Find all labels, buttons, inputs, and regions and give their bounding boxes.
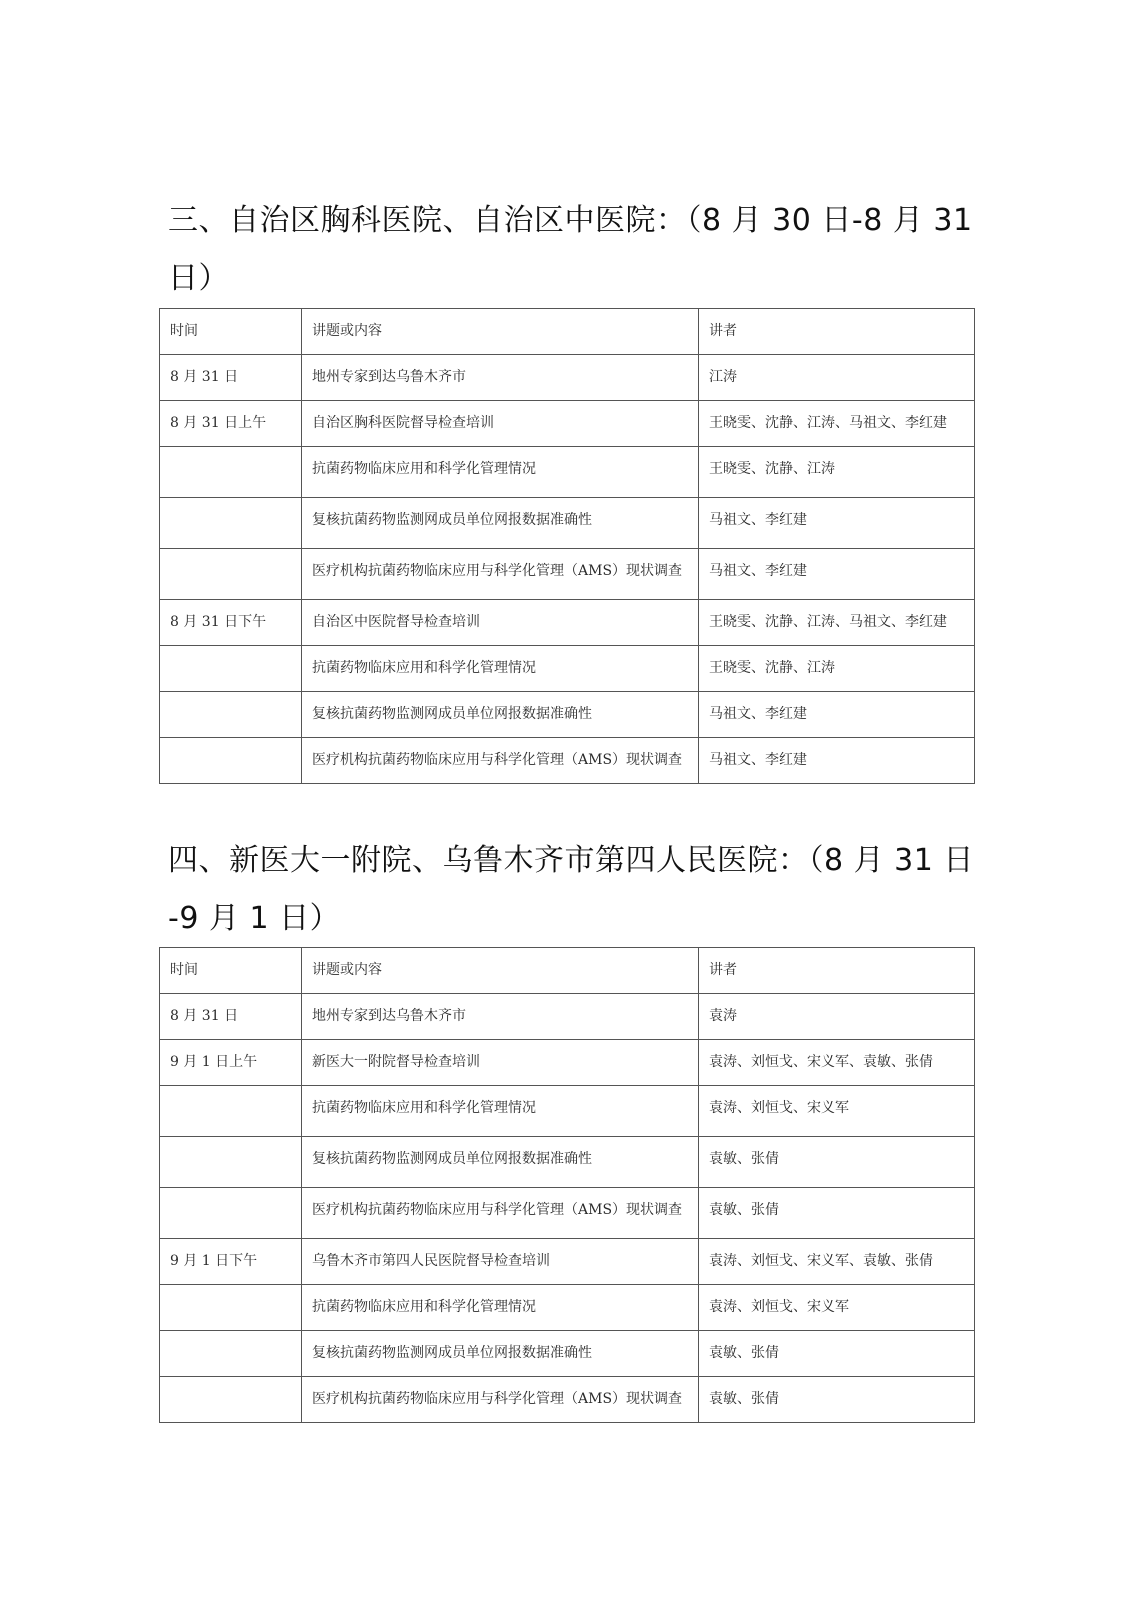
cell-topic: 复核抗菌药物监测网成员单位网报数据准确性 [302, 498, 699, 549]
section-3-title-line-2: 日） [168, 250, 958, 308]
cell-time: 8 月 31 日 [160, 355, 302, 401]
cell-topic: 自治区中医院督导检查培训 [302, 600, 699, 646]
table-row: 复核抗菌药物监测网成员单位网报数据准确性 袁敏、张倩 [160, 1331, 975, 1377]
cell-topic: 地州专家到达乌鲁木齐市 [302, 355, 699, 401]
cell-time [160, 1377, 302, 1423]
table-row: 抗菌药物临床应用和科学化管理情况 王晓雯、沈静、江涛 [160, 646, 975, 692]
table-row: 抗菌药物临床应用和科学化管理情况 袁涛、刘恒戈、宋义军 [160, 1086, 975, 1137]
header-speaker: 讲者 [699, 948, 975, 994]
cell-speaker: 江涛 [699, 355, 975, 401]
cell-speaker: 马祖文、李红建 [699, 549, 975, 600]
cell-topic: 医疗机构抗菌药物临床应用与科学化管理（AMS）现状调查 [302, 738, 699, 784]
cell-topic: 复核抗菌药物监测网成员单位网报数据准确性 [302, 692, 699, 738]
cell-speaker: 袁涛、刘恒戈、宋义军 [699, 1285, 975, 1331]
cell-speaker: 王晓雯、沈静、江涛 [699, 646, 975, 692]
table-row: 8 月 31 日 地州专家到达乌鲁木齐市 江涛 [160, 355, 975, 401]
cell-time [160, 1331, 302, 1377]
cell-time [160, 1137, 302, 1188]
table-row: 复核抗菌药物监测网成员单位网报数据准确性 马祖文、李红建 [160, 692, 975, 738]
cell-topic: 地州专家到达乌鲁木齐市 [302, 994, 699, 1040]
cell-time [160, 1188, 302, 1239]
section-4-title-line-2: -9 月 1 日） [168, 890, 958, 948]
cell-time [160, 692, 302, 738]
cell-topic: 医疗机构抗菌药物临床应用与科学化管理（AMS）现状调查 [302, 1188, 699, 1239]
table-row: 抗菌药物临床应用和科学化管理情况 王晓雯、沈静、江涛 [160, 447, 975, 498]
cell-speaker: 马祖文、李红建 [699, 498, 975, 549]
cell-speaker: 马祖文、李红建 [699, 738, 975, 784]
cell-speaker: 王晓雯、沈静、江涛、马祖文、李红建 [699, 401, 975, 447]
cell-topic: 抗菌药物临床应用和科学化管理情况 [302, 1285, 699, 1331]
cell-time [160, 498, 302, 549]
table-row: 8 月 31 日上午 自治区胸科医院督导检查培训 王晓雯、沈静、江涛、马祖文、李… [160, 401, 975, 447]
cell-time [160, 738, 302, 784]
cell-topic: 复核抗菌药物监测网成员单位网报数据准确性 [302, 1331, 699, 1377]
cell-topic: 抗菌药物临床应用和科学化管理情况 [302, 447, 699, 498]
table-row: 医疗机构抗菌药物临床应用与科学化管理（AMS）现状调查 马祖文、李红建 [160, 549, 975, 600]
table-row: 医疗机构抗菌药物临床应用与科学化管理（AMS）现状调查 袁敏、张倩 [160, 1188, 975, 1239]
cell-time [160, 447, 302, 498]
cell-time: 8 月 31 日上午 [160, 401, 302, 447]
section-4-schedule-table: 时间 讲题或内容 讲者 8 月 31 日 地州专家到达乌鲁木齐市 袁涛 9 月 … [159, 947, 975, 1423]
cell-speaker: 袁涛 [699, 994, 975, 1040]
header-time: 时间 [160, 309, 302, 355]
cell-topic: 自治区胸科医院督导检查培训 [302, 401, 699, 447]
table-header-row: 时间 讲题或内容 讲者 [160, 948, 975, 994]
cell-speaker: 袁敏、张倩 [699, 1377, 975, 1423]
cell-time [160, 646, 302, 692]
cell-speaker: 王晓雯、沈静、江涛、马祖文、李红建 [699, 600, 975, 646]
cell-topic: 乌鲁木齐市第四人民医院督导检查培训 [302, 1239, 699, 1285]
cell-topic: 抗菌药物临床应用和科学化管理情况 [302, 646, 699, 692]
cell-speaker: 袁涛、刘恒戈、宋义军、袁敏、张倩 [699, 1239, 975, 1285]
section-3-title: 三、自治区胸科医院、自治区中医院：（8 月 30 日-8 月 31 日） [168, 192, 958, 308]
table-row: 医疗机构抗菌药物临床应用与科学化管理（AMS）现状调查 袁敏、张倩 [160, 1377, 975, 1423]
cell-speaker: 袁涛、刘恒戈、宋义军、袁敏、张倩 [699, 1040, 975, 1086]
table-row: 医疗机构抗菌药物临床应用与科学化管理（AMS）现状调查 马祖文、李红建 [160, 738, 975, 784]
cell-topic: 新医大一附院督导检查培训 [302, 1040, 699, 1086]
table-row: 9 月 1 日上午 新医大一附院督导检查培训 袁涛、刘恒戈、宋义军、袁敏、张倩 [160, 1040, 975, 1086]
cell-time [160, 1086, 302, 1137]
cell-topic: 抗菌药物临床应用和科学化管理情况 [302, 1086, 699, 1137]
cell-speaker: 袁敏、张倩 [699, 1331, 975, 1377]
table-row: 8 月 31 日 地州专家到达乌鲁木齐市 袁涛 [160, 994, 975, 1040]
cell-time [160, 549, 302, 600]
table-row: 复核抗菌药物监测网成员单位网报数据准确性 马祖文、李红建 [160, 498, 975, 549]
cell-topic: 复核抗菌药物监测网成员单位网报数据准确性 [302, 1137, 699, 1188]
header-speaker: 讲者 [699, 309, 975, 355]
cell-topic: 医疗机构抗菌药物临床应用与科学化管理（AMS）现状调查 [302, 549, 699, 600]
cell-time: 8 月 31 日下午 [160, 600, 302, 646]
cell-speaker: 袁敏、张倩 [699, 1137, 975, 1188]
cell-speaker: 袁敏、张倩 [699, 1188, 975, 1239]
header-time: 时间 [160, 948, 302, 994]
section-3-title-line-1: 三、自治区胸科医院、自治区中医院：（8 月 30 日-8 月 31 [168, 192, 958, 250]
table-header-row: 时间 讲题或内容 讲者 [160, 309, 975, 355]
document-page: 三、自治区胸科医院、自治区中医院：（8 月 30 日-8 月 31 日） 时间 … [0, 0, 1131, 1600]
section-4-title: 四、新医大一附院、乌鲁木齐市第四人民医院：（8 月 31 日 -9 月 1 日） [168, 832, 958, 948]
cell-time: 9 月 1 日下午 [160, 1239, 302, 1285]
table-row: 8 月 31 日下午 自治区中医院督导检查培训 王晓雯、沈静、江涛、马祖文、李红… [160, 600, 975, 646]
cell-time: 8 月 31 日 [160, 994, 302, 1040]
header-topic: 讲题或内容 [302, 309, 699, 355]
cell-speaker: 王晓雯、沈静、江涛 [699, 447, 975, 498]
cell-topic: 医疗机构抗菌药物临床应用与科学化管理（AMS）现状调查 [302, 1377, 699, 1423]
cell-time [160, 1285, 302, 1331]
cell-speaker: 袁涛、刘恒戈、宋义军 [699, 1086, 975, 1137]
table-row: 9 月 1 日下午 乌鲁木齐市第四人民医院督导检查培训 袁涛、刘恒戈、宋义军、袁… [160, 1239, 975, 1285]
table-row: 复核抗菌药物监测网成员单位网报数据准确性 袁敏、张倩 [160, 1137, 975, 1188]
cell-speaker: 马祖文、李红建 [699, 692, 975, 738]
section-3-schedule-table: 时间 讲题或内容 讲者 8 月 31 日 地州专家到达乌鲁木齐市 江涛 8 月 … [159, 308, 975, 784]
cell-time: 9 月 1 日上午 [160, 1040, 302, 1086]
table-row: 抗菌药物临床应用和科学化管理情况 袁涛、刘恒戈、宋义军 [160, 1285, 975, 1331]
section-4-title-line-1: 四、新医大一附院、乌鲁木齐市第四人民医院：（8 月 31 日 [168, 832, 958, 890]
header-topic: 讲题或内容 [302, 948, 699, 994]
